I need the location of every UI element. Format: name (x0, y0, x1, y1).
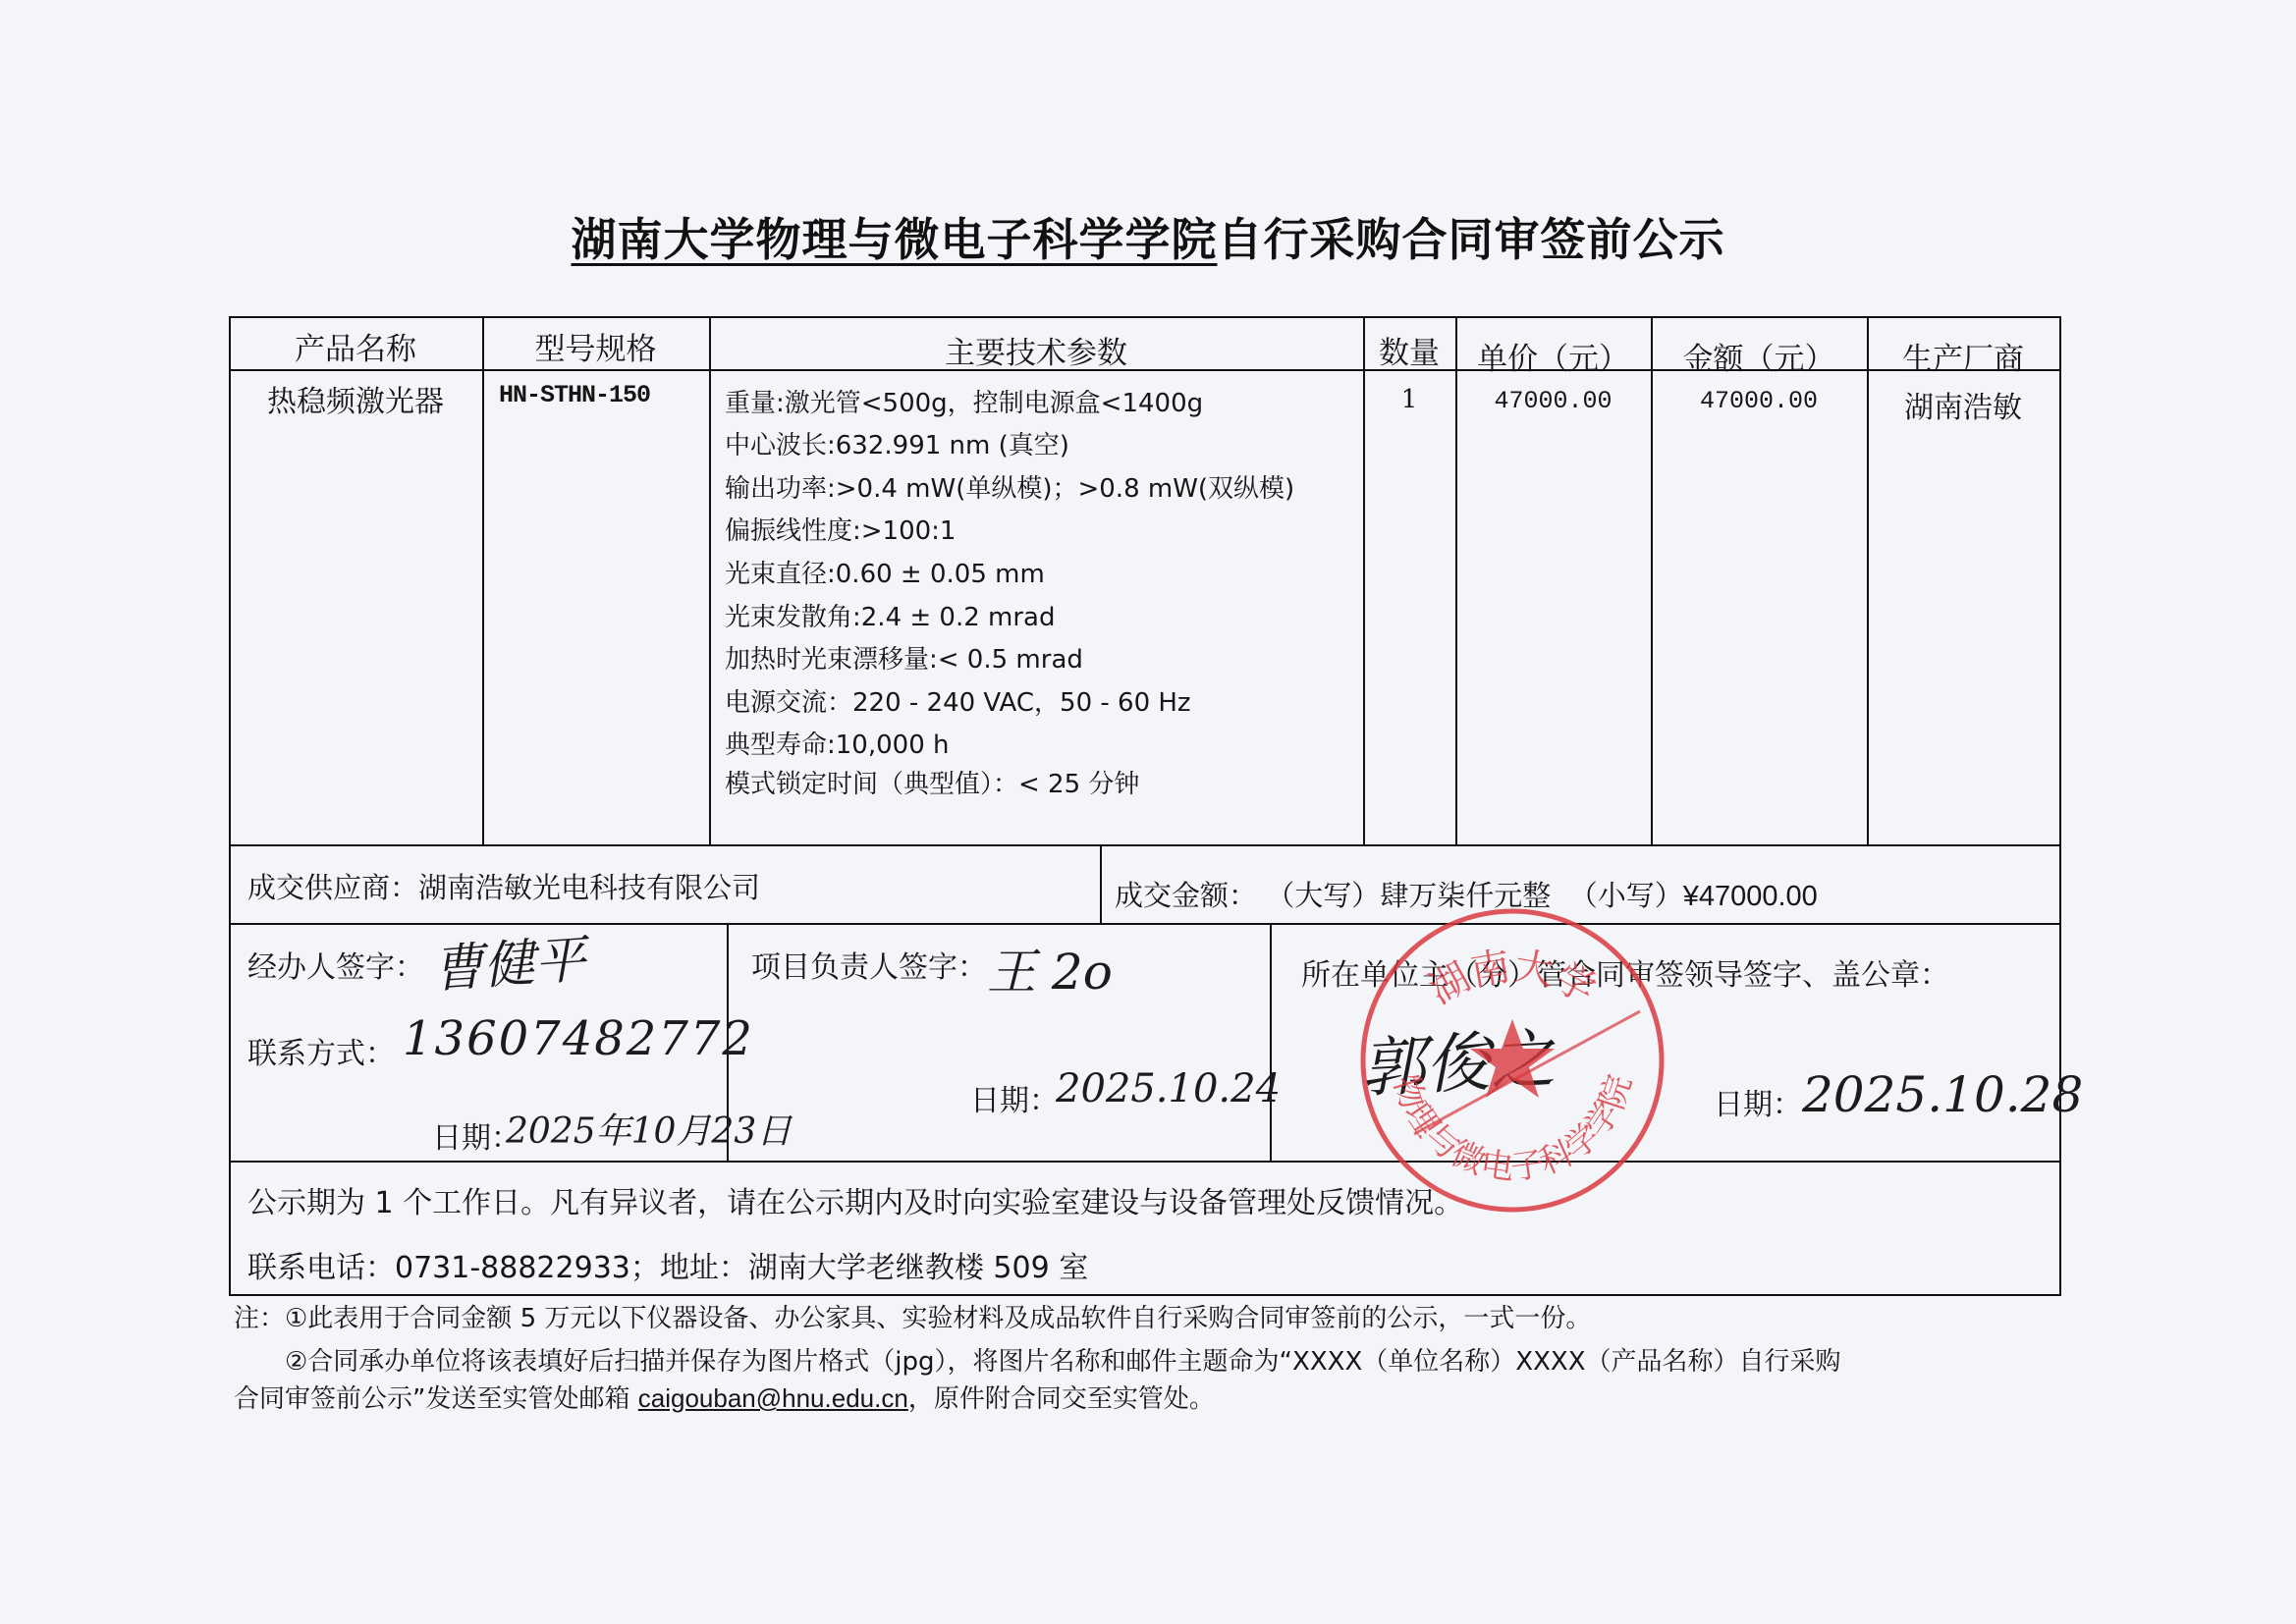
document-title: 湖南大学物理与微电子科学学院自行采购合同审签前公示 (0, 204, 2296, 269)
spec-line: 典型寿命:10,000 h (725, 725, 949, 761)
deal-amount-field: 成交金额： （大写）肆万柒仟元整 （小写）¥47000.00 (1115, 874, 1818, 914)
cell-product-name: 热稳频激光器 (229, 377, 482, 420)
handler-date-value: 2025年10月23日 (506, 1104, 792, 1154)
spec-line: 加热时光束漂移量:< 0.5 mrad (725, 639, 1083, 676)
cell-manufacturer: 湖南浩敏 (1867, 383, 2059, 426)
spec-line: 重量:激光管<500g，控制电源盒<1400g (725, 383, 1203, 419)
footnote-3-suffix: ，原件附合同交至实管处。 (908, 1384, 1215, 1414)
project-lead-sign-label: 项目负责人签字： (751, 943, 987, 986)
table-row-divider (229, 844, 2061, 846)
title-purpose: 自行采购合同审签前公示 (1218, 213, 1725, 266)
cell-model: HN-STHN-150 (499, 381, 650, 409)
spec-line: 中心波长:632.991 nm (真空) (725, 425, 1069, 461)
handler-contact-label: 联系方式： (247, 1029, 395, 1072)
col-divider-2 (709, 316, 711, 846)
header-model: 型号规格 (482, 324, 709, 368)
project-lead-date-label: 日期： (970, 1076, 1059, 1119)
spec-line: 电源交流：220 - 240 VAC，50 - 60 Hz (725, 682, 1191, 719)
project-lead-date-value: 2025.10.24 (1056, 1066, 1281, 1111)
spec-line: 输出功率:>0.4 mW(单纵模)；>0.8 mW(双纵模) (725, 468, 1294, 505)
handler-signature: 曹健平 (430, 918, 588, 1002)
table-border-top (229, 316, 2061, 318)
cell-amount: 47000.00 (1651, 387, 1867, 415)
notice-contact-text: 联系电话：0731-88822933；地址：湖南大学老继教楼 509 室 (247, 1243, 1088, 1286)
footnote-3-prefix: 合同审签前公示”发送至实管处邮箱 (234, 1384, 638, 1414)
handler-contact-value: 13607482772 (403, 1011, 754, 1066)
unit-leader-date-value: 2025.10.28 (1802, 1066, 2083, 1123)
footnote-1: 注：①此表用于合同金额 5 万元以下仪器设备、办公家具、实验材料及成品软件自行采… (234, 1298, 1591, 1334)
sign-divider-2 (1270, 923, 1272, 1163)
notice-period-text: 公示期为 1 个工作日。凡有异议者，请在公示期内及时向实验室建设与设备管理处反馈… (247, 1178, 1463, 1221)
spec-line: 光束直径:0.60 ± 0.05 mm (725, 554, 1045, 590)
table-sign-divider (229, 1161, 2061, 1163)
deal-amount-lower-value: ¥47000.00 (1683, 881, 1818, 912)
footnote-3: 合同审签前公示”发送至实管处邮箱 caigouban@hnu.edu.cn，原件… (234, 1379, 1215, 1415)
deal-amount-label: 成交金额： (1115, 879, 1257, 912)
deal-amount-upper-value: 肆万柒仟元整 (1380, 879, 1551, 912)
table-border-right (2059, 316, 2061, 1296)
table-border-bottom (229, 1294, 2061, 1296)
supplier-value: 湖南浩敏光电科技有限公司 (418, 871, 760, 904)
title-college: 湖南大学物理与微电子科学学院 (572, 213, 1218, 266)
supplier-amount-divider (1100, 844, 1102, 925)
spec-line: 偏振线性度:>100:1 (725, 511, 956, 547)
header-amount: 金额（元） (1651, 334, 1867, 378)
header-unit-price: 单价（元） (1455, 334, 1651, 378)
email-link[interactable]: caigouban@hnu.edu.cn (638, 1383, 908, 1413)
header-quantity: 数量 (1363, 328, 1455, 372)
cell-unit-price: 47000.00 (1455, 387, 1651, 415)
deal-amount-lower-label: （小写） (1569, 879, 1683, 912)
cell-quantity: 1 (1363, 385, 1455, 414)
spec-line: 光束发散角:2.4 ± 0.2 mrad (725, 597, 1056, 633)
project-lead-signature: 王 2o (987, 933, 1113, 1003)
header-manufacturer: 生产厂商 (1867, 334, 2059, 378)
col-divider-1 (482, 316, 484, 846)
handler-sign-label: 经办人签字： (247, 943, 424, 986)
unit-leader-date-label: 日期： (1714, 1080, 1802, 1123)
unit-leader-signature: 郭俊之 (1358, 1006, 1558, 1110)
spec-line: 模式锁定时间（典型值）：< 25 分钟 (725, 764, 1139, 800)
table-border-left (229, 316, 231, 1296)
footnote-2: ②合同承办单位将该表填好后扫描并保存为图片格式（jpg），将图片名称和邮件主题命… (285, 1341, 1841, 1378)
header-product-name: 产品名称 (229, 324, 482, 368)
header-specs: 主要技术参数 (709, 328, 1363, 372)
deal-amount-upper-label: （大写） (1266, 879, 1380, 912)
supplier-label: 成交供应商： (247, 871, 418, 904)
supplier-field: 成交供应商：湖南浩敏光电科技有限公司 (247, 866, 760, 906)
unit-leader-sign-label: 所在单位主（分）管合同审签领导签字、盖公章： (1301, 950, 1949, 994)
